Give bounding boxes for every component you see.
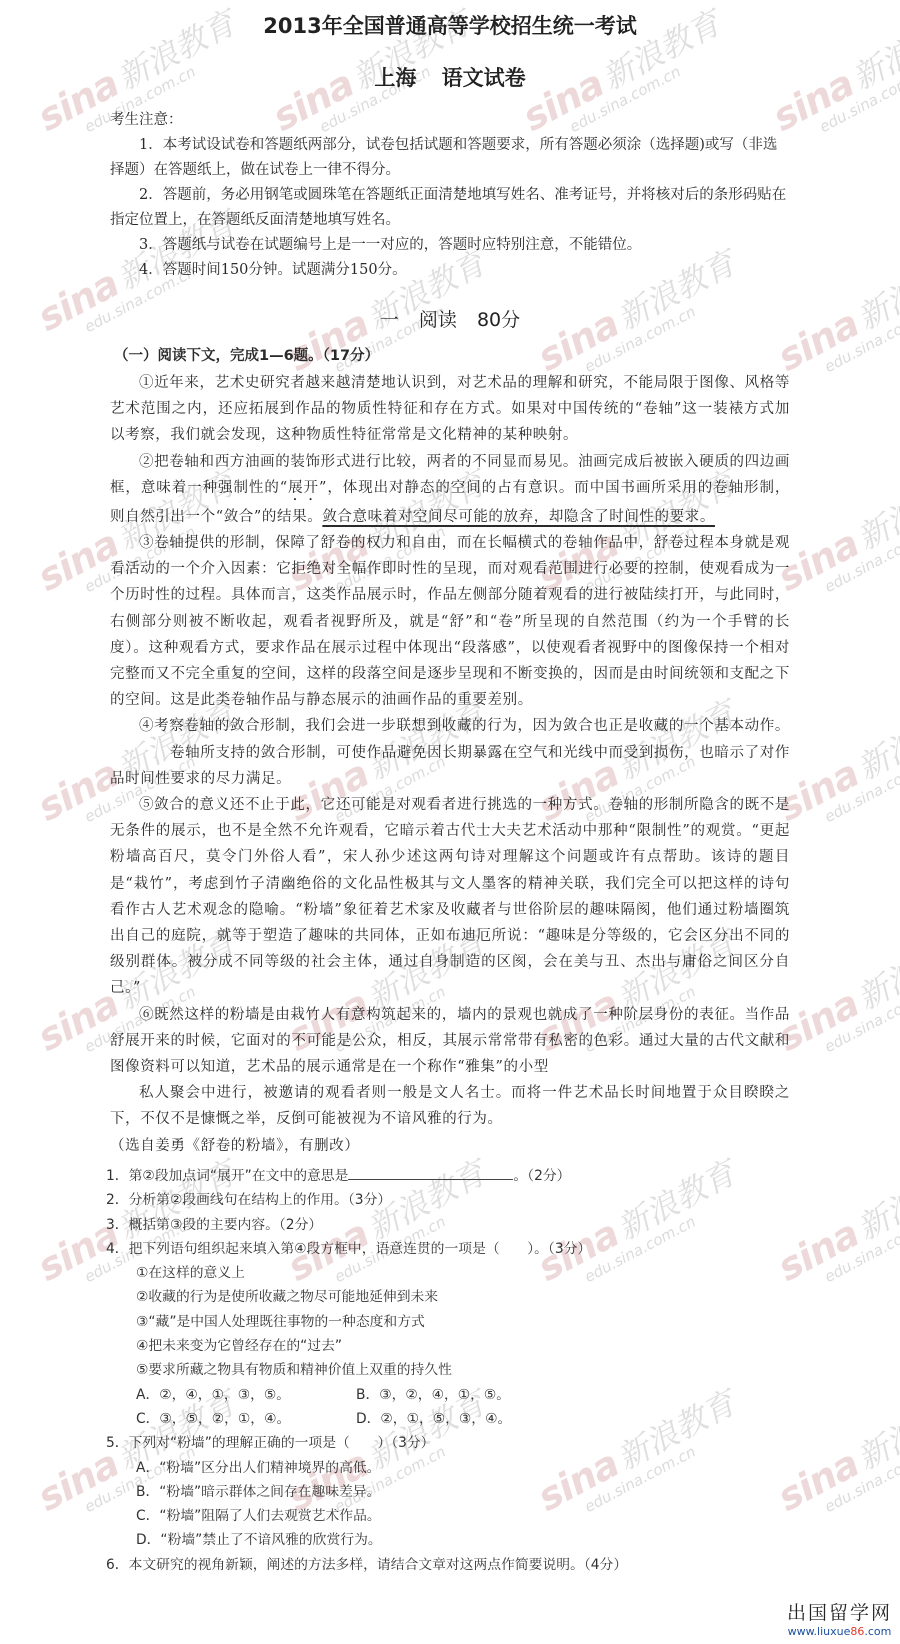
question-2: 2．分析第②段画线句在结构上的作用。（3分） xyxy=(106,1188,806,1212)
underlined-sentence: 敛合意味着对空间尽可能的放弃，却隐含了时间性的要求。 xyxy=(322,509,715,525)
q4-item: ②收藏的行为是使所收藏之物尽可能地延伸到未来 xyxy=(106,1285,806,1309)
brand-url: www.liuxue86.com xyxy=(787,1625,892,1638)
q4-item: ④把未来变为它曾经存在的“过去” xyxy=(106,1334,806,1358)
candidate-notice: 考生注意： 1．本考试设试卷和答题纸两部分，试卷包括试题和答题要求，所有答题必须… xyxy=(110,108,790,283)
notice-item: 1．本考试设试卷和答题纸两部分，试卷包括试题和答题要求，所有答题必须涂（选择题)… xyxy=(110,133,790,183)
q4-item: ⑤要求所藏之物具有物质和精神价值上双重的持久性 xyxy=(106,1358,806,1382)
exam-title: 2013年全国普通高等学校招生统一考试 xyxy=(0,10,900,40)
q5-option-d: D．“粉墙”禁止了不谙风雅的欣赏行为。 xyxy=(106,1528,806,1552)
brand-name: 出国留学网 xyxy=(787,1598,892,1625)
q4-item: ③“藏”是中国人处理既往事物的一种态度和方式 xyxy=(106,1310,806,1334)
question-4: 4．把下列语句组织起来填入第④段方框中，语意连贯的一项是（ ）。（3分） xyxy=(106,1237,806,1261)
question-5: 5．下列对“粉墙”的理解正确的一项是（ ）（3分） xyxy=(106,1431,806,1455)
q5-option-b: B．“粉墙”暗示群体之间存在趣味差异。 xyxy=(106,1480,806,1504)
q4-option-b: B．③，②，④，①，⑤。 xyxy=(356,1383,576,1407)
paragraph-4: ④考察卷轴的敛合形制，我们会进一步联想到收藏的行为，因为敛合也正是收藏的一个基本… xyxy=(110,713,790,792)
subsection-title: （一）阅读下文，完成1—6题。（17分） xyxy=(114,344,379,365)
question-3: 3．概括第③段的主要内容。（2分） xyxy=(106,1213,806,1237)
exam-subtitle: 上海 语文试卷 xyxy=(0,62,900,92)
paragraph-5: ⑤敛合的意义还不止于此，它还可能是对观看者进行挑选的一种方式。卷轴的形制所隐含的… xyxy=(110,792,790,1002)
reading-passage: ①近年来，艺术史研究者越来越清楚地认识到，对艺术品的理解和研究，不能局限于图像、… xyxy=(110,370,790,1159)
notice-item: 2．答题前，务必用钢笔或圆珠笔在答题纸正面清楚地填写姓名、准考证号，并将核对后的… xyxy=(110,183,790,233)
q4-options-row: C．③，⑤，②，①，④。D．②，①，⑤，③，④。 xyxy=(106,1407,806,1431)
dotted-word: 展开 xyxy=(288,480,319,496)
q4-option-a: A．②，④，①，③，⑤。 xyxy=(136,1383,356,1407)
question-1: 1．第②段加点词“展开”在文中的意思是。（2分） xyxy=(106,1163,806,1188)
q4-item: ①在这样的意义上 xyxy=(106,1261,806,1285)
question-list: 1．第②段加点词“展开”在文中的意思是。（2分） 2．分析第②段画线句在结构上的… xyxy=(106,1163,806,1577)
q4-option-d: D．②，①，⑤，③，④。 xyxy=(356,1407,576,1431)
paragraph-3: ③卷轴提供的形制，保障了舒卷的权力和自由，而在长幅横式的卷轴作品中，舒卷过程本身… xyxy=(110,530,790,713)
q4-options-row: A．②，④，①，③，⑤。B．③，②，④，①，⑤。 xyxy=(106,1383,806,1407)
notice-heading: 考生注意： xyxy=(110,108,790,133)
q5-option-c: C．“粉墙”阻隔了人们去观赏艺术作品。 xyxy=(106,1504,806,1528)
paragraph-1: ①近年来，艺术史研究者越来越清楚地认识到，对艺术品的理解和研究，不能局限于图像、… xyxy=(110,370,790,449)
notice-item: 4．答题时间150分钟。试题满分150分。 xyxy=(110,258,790,283)
q5-option-a: A．“粉墙”区分出人们精神境界的高低。 xyxy=(106,1456,806,1480)
section-title: 一 阅读 80分 xyxy=(0,305,900,332)
paragraph-2: ②把卷轴和西方油画的装饰形式进行比较，两者的不同显而易见。油画完成后被嵌入硬质的… xyxy=(110,449,790,530)
answer-blank xyxy=(348,1163,513,1180)
q4-option-c: C．③，⑤，②，①，④。 xyxy=(136,1407,356,1431)
question-6: 6．本文研究的视角新颖，阐述的方法多样，请结合文章对这两点作简要说明。（4分） xyxy=(106,1553,806,1577)
paragraph-6-cont: 私人聚会中进行，被邀请的观看者则一般是文人名士。而将一件艺术品长时间地置于众目睽… xyxy=(110,1080,790,1132)
site-brand-logo: 出国留学网 www.liuxue86.com xyxy=(787,1598,892,1638)
notice-item: 3．答题纸与试卷在试题编号上是一一对应的，答题时应特别注意，不能错位。 xyxy=(110,233,790,258)
paragraph-6: ⑥既然这样的粉墙是由栽竹人有意构筑起来的，墙内的景观也就成了一种阶层身份的表征。… xyxy=(110,1002,790,1081)
source-citation: （选自姜勇《舒卷的粉墙》，有删改） xyxy=(110,1133,790,1159)
